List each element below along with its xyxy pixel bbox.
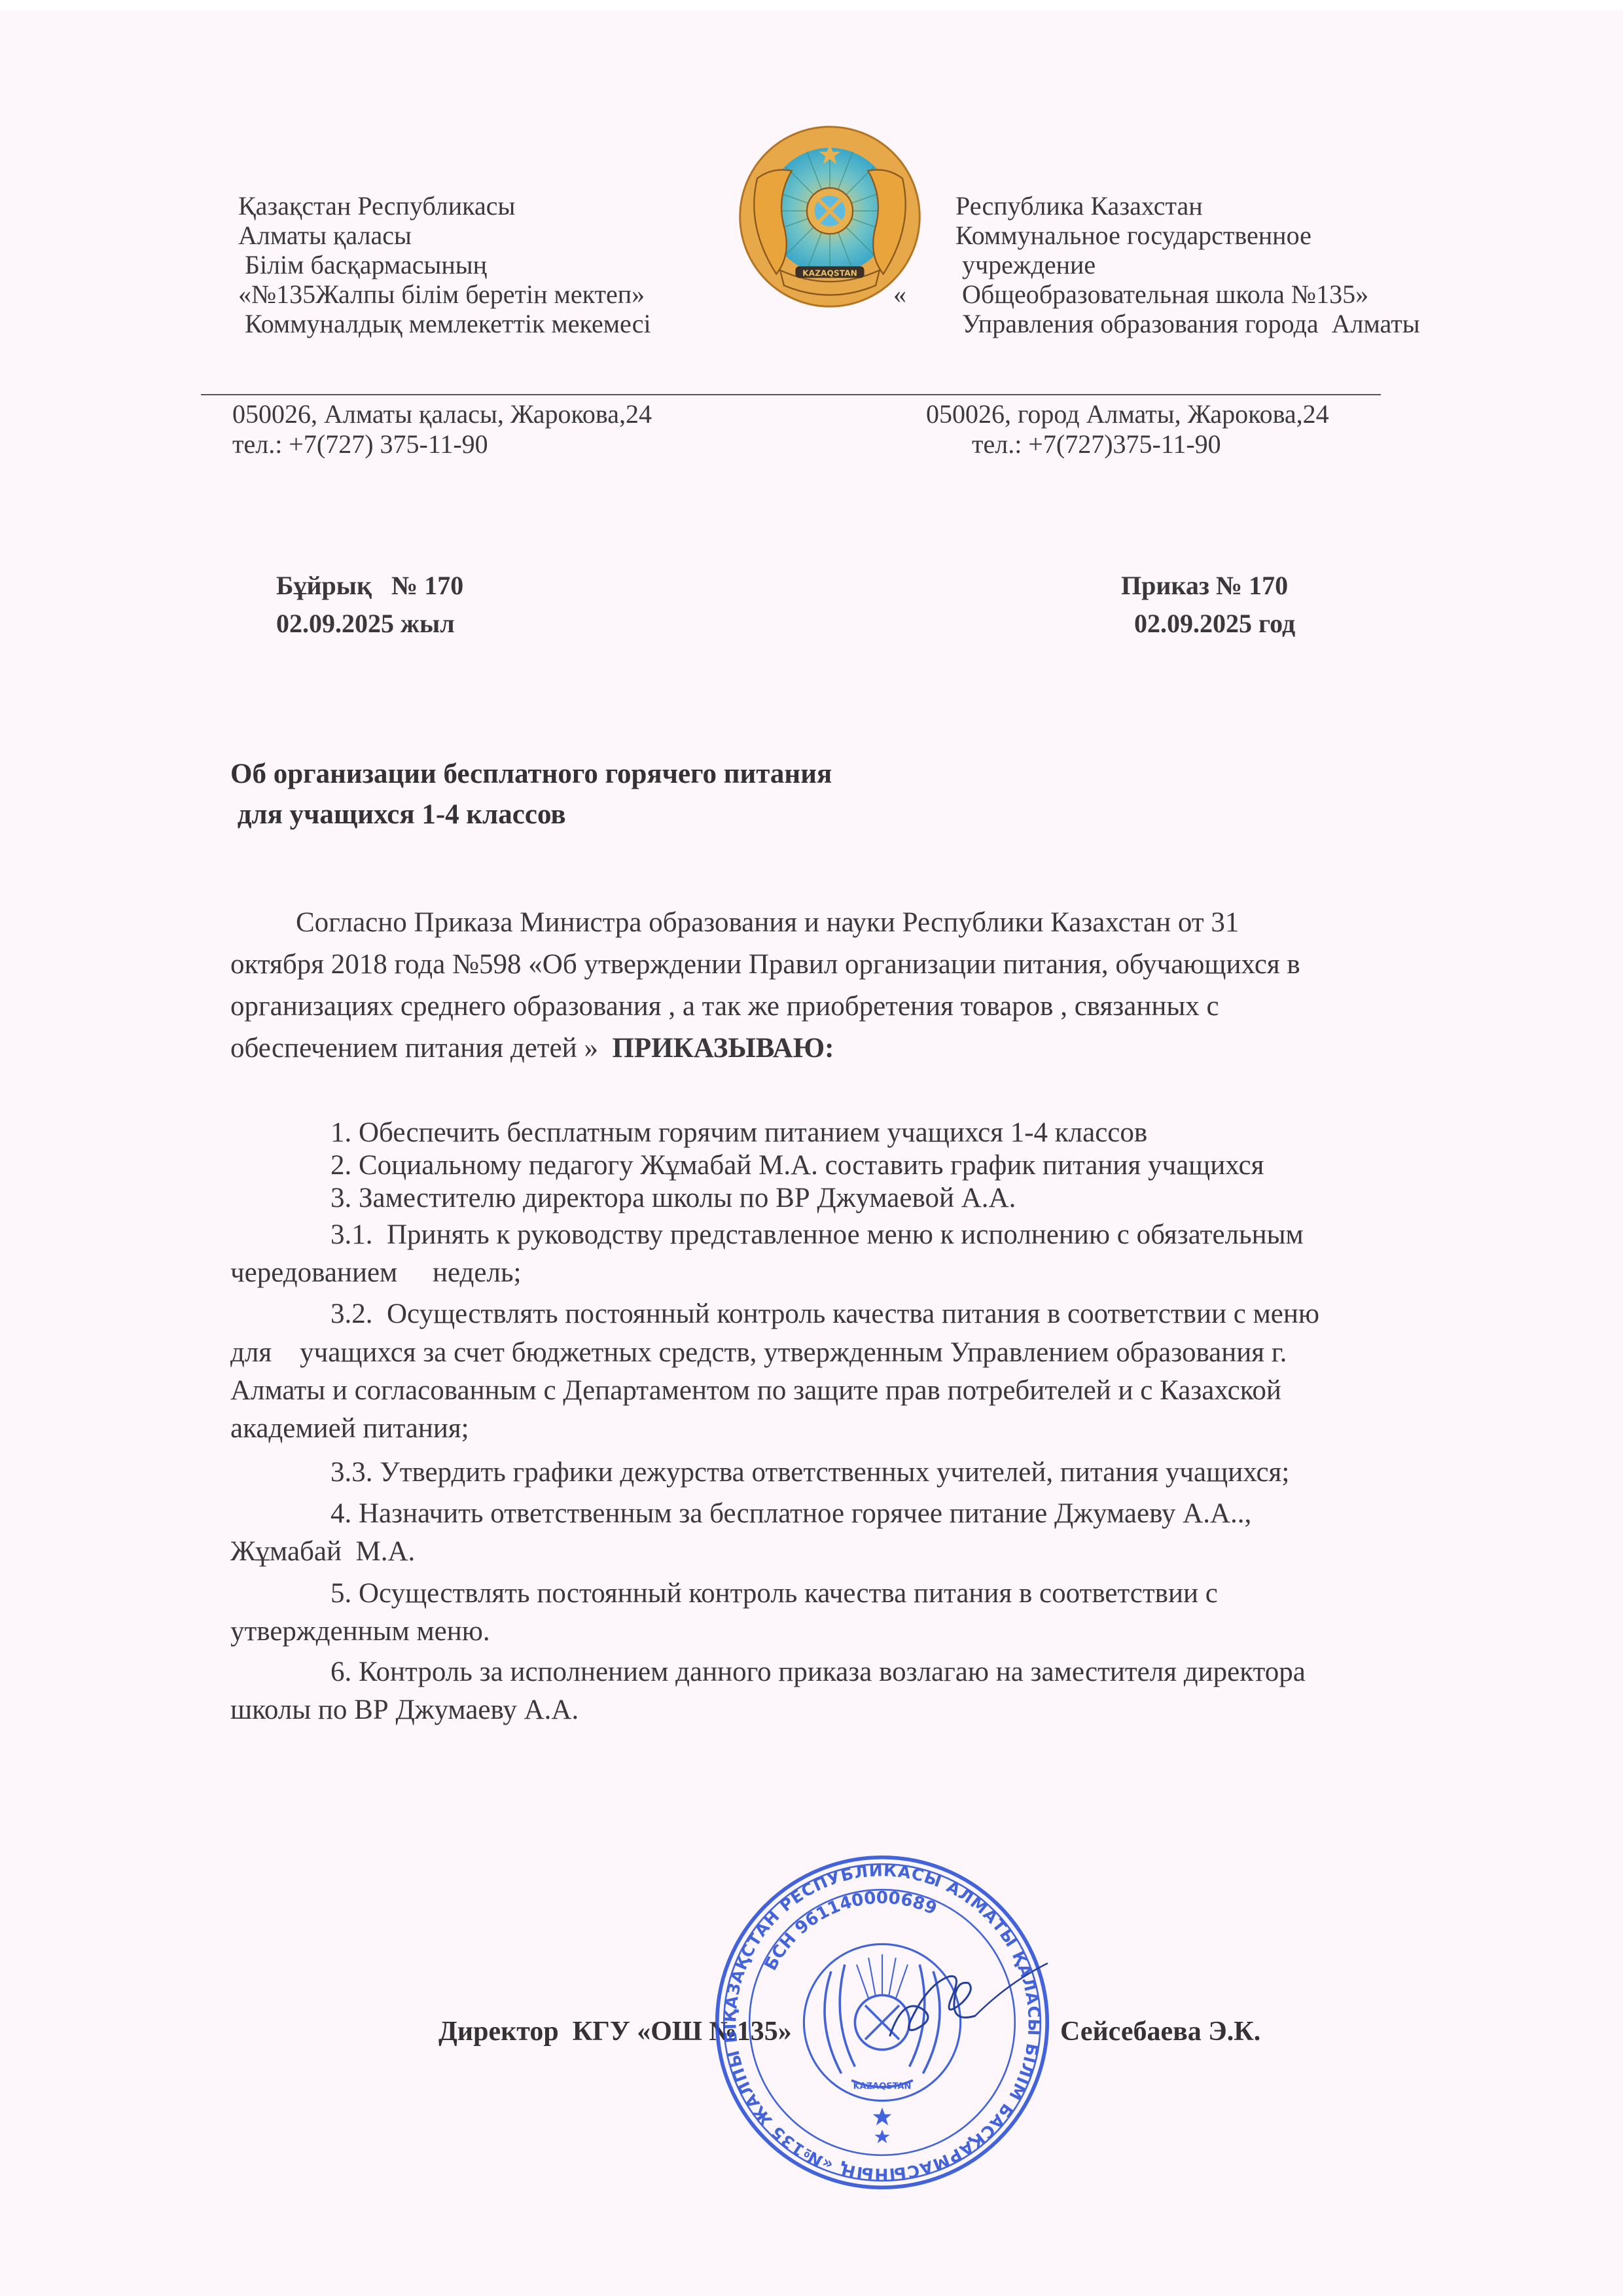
letterhead-kz: Қазақстан Республикасы Алматы қаласы Біл… bbox=[238, 191, 651, 338]
document-title-line1: Об организации бесплатного горячего пита… bbox=[230, 754, 832, 795]
order-item-3-2-cont: для учащихся за счет бюджетных средств, … bbox=[230, 1336, 1287, 1369]
svg-text:KAZAQSTAN: KAZAQSTAN bbox=[802, 269, 857, 278]
order-item-3-3: 3.3. Утвердить графики дежурства ответст… bbox=[330, 1456, 1289, 1488]
order-date-kz: 02.09.2025 жыл bbox=[276, 605, 455, 643]
letterhead-divider bbox=[201, 394, 1381, 395]
command-word: ПРИКАЗЫВАЮ: bbox=[612, 1033, 834, 1064]
order-item-6-cont: школы по ВР Джумаеву А.А. bbox=[230, 1694, 579, 1726]
order-number-ru: Приказ № 170 bbox=[1121, 567, 1288, 605]
order-item-5-cont: утвержденным меню. bbox=[230, 1615, 490, 1647]
preamble-line: Согласно Приказа Министра образования и … bbox=[296, 906, 1239, 939]
preamble-line: октября 2018 года №598 «Об утверждении П… bbox=[230, 948, 1300, 980]
letterhead-ru-line: Республика Казахстан bbox=[955, 191, 1420, 221]
address-ru: 050026, город Алматы, Жарокова,24 bbox=[926, 399, 1329, 429]
quote-mark: « bbox=[893, 279, 906, 309]
order-item-5: 5. Осуществлять постоянный контроль каче… bbox=[330, 1577, 1218, 1609]
order-item-3-1: 3.1. Принять к руководству представленно… bbox=[330, 1219, 1304, 1251]
letterhead-ru-line: учреждение bbox=[955, 250, 1420, 279]
signatory-name: Сейсебаева Э.К. bbox=[1060, 2016, 1260, 2047]
order-item-4-cont: Жұмабай М.А. bbox=[230, 1535, 415, 1568]
letterhead-kz-line: Білім басқармасының bbox=[238, 250, 651, 279]
letterhead-kz-line: «№135Жалпы білім беретін мектеп» bbox=[238, 279, 651, 309]
order-item-3: 3. Заместителю директора школы по ВР Джу… bbox=[330, 1182, 1016, 1214]
preamble-line: организациях среднего образования , а та… bbox=[230, 990, 1219, 1022]
letterhead-kz-line: Коммуналдық мемлекеттік мекемесі bbox=[238, 309, 651, 338]
document-title-line2: для учащихся 1-4 классов bbox=[230, 795, 566, 835]
svg-text:KAZAQSTAN: KAZAQSTAN bbox=[853, 2081, 912, 2091]
letterhead-ru: Республика Казахстан Коммунальное госуда… bbox=[955, 191, 1420, 338]
order-item-3-2-cont: Алматы и согласованным с Департаментом п… bbox=[230, 1374, 1281, 1407]
order-item-1: 1. Обеспечить бесплатным горячим питание… bbox=[330, 1117, 1147, 1149]
preamble-text: обеспечением питания детей » bbox=[230, 1033, 612, 1064]
phone-kz: тел.: +7(727) 375-11-90 bbox=[232, 429, 488, 459]
letterhead-ru-line: Управления образования города Алматы bbox=[955, 309, 1420, 338]
order-item-3-1-cont: чередованием недель; bbox=[230, 1257, 522, 1289]
letterhead-kz-line: Қазақстан Республикасы bbox=[238, 191, 651, 221]
phone-ru: тел.: +7(727)375-11-90 bbox=[972, 429, 1221, 459]
scan-top-margin bbox=[0, 0, 1623, 10]
order-item-3-2-cont: академией питания; bbox=[230, 1412, 469, 1444]
address-kz: 050026, Алматы қаласы, Жарокова,24 bbox=[232, 399, 652, 429]
letterhead-ru-line: Коммунальное государственное bbox=[955, 221, 1420, 250]
letterhead-kz-line: Алматы қаласы bbox=[238, 221, 651, 250]
order-item-4: 4. Назначить ответственным за бесплатное… bbox=[330, 1498, 1251, 1530]
letterhead-ru-line: Общеобразовательная школа №135» bbox=[955, 279, 1420, 309]
handwritten-signature-icon bbox=[877, 1957, 1073, 2049]
order-item-6: 6. Контроль за исполнением данного прика… bbox=[330, 1656, 1306, 1688]
preamble-line: обеспечением питания детей » ПРИКАЗЫВАЮ: bbox=[230, 1032, 834, 1064]
order-date-ru: 02.09.2025 год bbox=[1134, 605, 1295, 643]
order-number-kz: Бұйрық № 170 bbox=[276, 567, 463, 605]
order-item-3-2: 3.2. Осуществлять постоянный контроль ка… bbox=[330, 1298, 1319, 1330]
order-item-2: 2. Социальному педагогу Жұмабай М.А. сос… bbox=[330, 1149, 1264, 1181]
